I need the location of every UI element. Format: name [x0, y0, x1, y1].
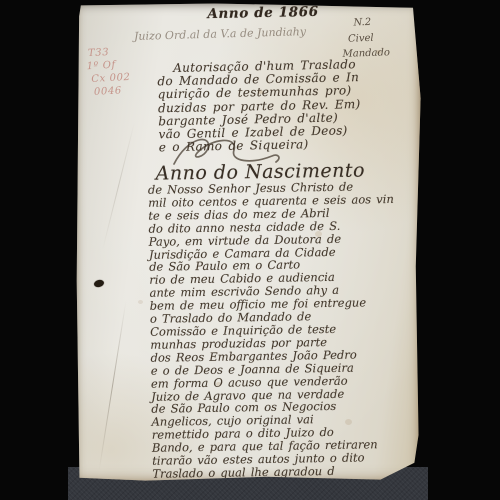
ink-blot	[93, 279, 104, 288]
year-heading: Anno de 1866	[178, 3, 348, 23]
archive-reference-stamp: T331º OfCx 0020046	[88, 45, 132, 99]
court-heading: Juizo Ord.al da V.a de Jundiahy	[134, 24, 344, 43]
manuscript-page: Anno de 1866 Juizo Ord.al da V.a de Jund…	[76, 2, 422, 483]
margin-notes: N.2CivelMandado	[341, 12, 422, 62]
paper-crease	[99, 301, 127, 471]
handwritten-line: 0046	[94, 84, 132, 99]
manuscript-photograph: Anno de 1866 Juizo Ord.al da V.a de Jund…	[0, 0, 500, 500]
handwritten-line: Cx 002	[91, 71, 131, 86]
paragraph-body: Anno do Nascimento de Nosso Senhor Jesus…	[148, 161, 381, 480]
body-lines: de Nosso Senhor Jesus Christo demil oito…	[148, 180, 381, 480]
paper-crease	[102, 122, 135, 250]
